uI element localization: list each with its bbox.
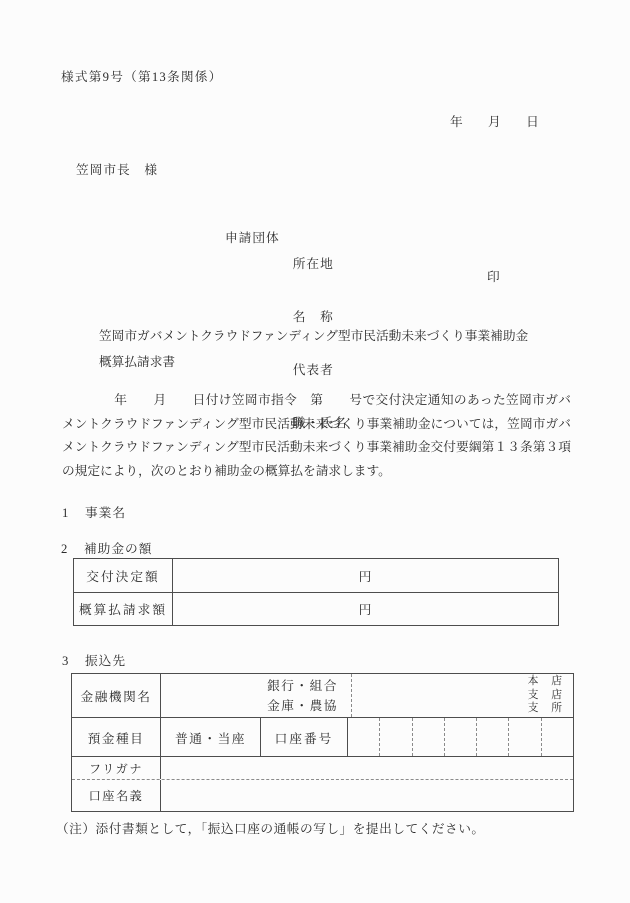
- date-line: 年 月 日: [450, 111, 539, 130]
- section-2-number: 2: [61, 542, 84, 557]
- body-line: メントクラウドファンディング型市民活動未来づくり事業補助金交付要綱第１３条第３項: [62, 440, 571, 464]
- financial-institution-label: 金融機関名: [72, 674, 161, 717]
- provisional-payment-amount-label: 概算払請求額: [74, 593, 173, 626]
- section-1-number: 1: [62, 506, 85, 521]
- section-3-title: 振込先: [85, 654, 126, 668]
- grant-decision-amount-unit: 円: [173, 559, 558, 592]
- body-line: メントクラウドファンディング型市民活動未来づくり事業補助金については，笠岡市ガバ: [62, 417, 571, 441]
- document-page: 様式第9号（第13条関係） 年 月 日 笠岡市長 様 申請団体 所在地 名 称 …: [0, 0, 630, 903]
- account-digit-cell: [413, 718, 445, 756]
- furigana-value-cell: [161, 757, 573, 779]
- document-title-line2: 概算払請求書: [99, 351, 175, 370]
- account-digit-cell: [477, 718, 509, 756]
- account-digit-cell: [348, 718, 380, 756]
- deposit-type-row: 預金種目 普通・当座 口座番号: [72, 718, 573, 757]
- section-2-title: 補助金の額: [84, 542, 152, 556]
- furigana-label: フリガナ: [72, 757, 161, 779]
- section-3-heading: 3振込先: [62, 650, 126, 669]
- grant-decision-amount-label: 交付決定額: [74, 559, 173, 592]
- seal-mark: 印: [487, 266, 500, 285]
- table-row: 概算払請求額 円: [74, 593, 558, 626]
- attachment-note: （注）添付書類として，「振込口座の通帳の写し」を提出してください。: [56, 818, 485, 837]
- account-digit-cell: [509, 718, 541, 756]
- bank-transfer-table: 金融機関名 銀行・組合 金庫・農協 本 店 支 店 支 所 預金種目 普通・当座…: [71, 673, 574, 812]
- document-title-line1: 笠岡市ガバメントクラウドファンディング型市民活動未来づくり事業補助金: [99, 325, 528, 344]
- account-number-label: 口座番号: [261, 718, 348, 756]
- form-number: 様式第9号（第13条関係）: [61, 66, 223, 85]
- account-digit-cell: [542, 718, 573, 756]
- branch-type-branch-office: 支 店: [528, 689, 563, 703]
- branch-type-cell: 本 店 支 店 支 所: [352, 674, 573, 717]
- section-1-heading: 1事業名: [62, 502, 126, 521]
- account-name-row: 口座名義: [72, 780, 573, 811]
- section-3-number: 3: [62, 654, 85, 669]
- bank-type-line2: 金庫・農協: [267, 696, 338, 716]
- financial-institution-row: 金融機関名 銀行・組合 金庫・農協 本 店 支 店 支 所: [72, 674, 573, 718]
- bank-type-cell: 銀行・組合 金庫・農協: [161, 674, 352, 717]
- body-line: 年 月 日付け笠岡市指令 第 号で交付決定通知のあった笠岡市ガバ: [62, 393, 571, 417]
- branch-type-sub-branch: 支 所: [528, 702, 563, 716]
- branch-type-head-office: 本 店: [528, 675, 563, 689]
- deposit-type-label: 預金種目: [72, 718, 161, 756]
- body-line: の規定により，次のとおり補助金の概算払を請求します。: [62, 464, 571, 488]
- account-digit-cell: [380, 718, 412, 756]
- section-2-heading: 2補助金の額: [61, 538, 152, 557]
- addressee: 笠岡市長 様: [76, 159, 158, 178]
- bank-type-line1: 銀行・組合: [267, 676, 338, 696]
- provisional-payment-amount-unit: 円: [173, 593, 558, 626]
- applicant-field-address: 所在地: [293, 257, 348, 280]
- applicant-field-representative: 代表者: [293, 363, 348, 386]
- account-digit-cells: [348, 718, 573, 756]
- account-digit-cell: [445, 718, 477, 756]
- account-name-label: 口座名義: [72, 780, 161, 811]
- body-paragraph: 年 月 日付け笠岡市指令 第 号で交付決定通知のあった笠岡市ガバ メントクラウド…: [62, 393, 571, 488]
- subsidy-amount-table: 交付決定額 円 概算払請求額 円: [73, 558, 559, 626]
- furigana-row: フリガナ: [72, 757, 573, 780]
- section-1-title: 事業名: [85, 506, 126, 520]
- deposit-options: 普通・当座: [161, 718, 261, 756]
- account-name-value-cell: [161, 780, 573, 811]
- table-row: 交付決定額 円: [74, 559, 558, 593]
